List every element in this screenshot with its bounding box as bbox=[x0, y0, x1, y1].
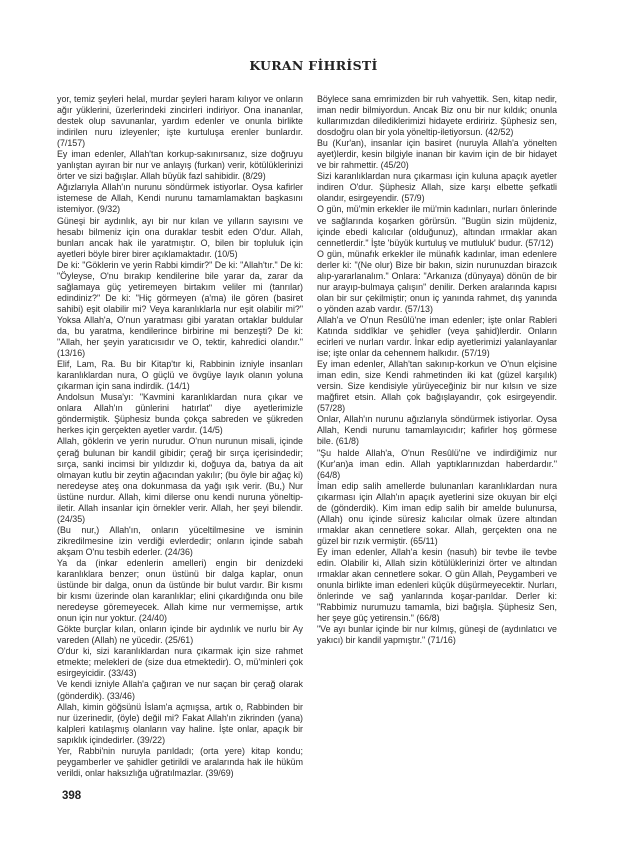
verse-entry: "Şu halde Allah'a, O'nun Resûlü'ne ve in… bbox=[317, 448, 557, 481]
verse-entry: Gökte burçlar kılan, onların içinde bir … bbox=[57, 624, 303, 646]
verse-entry: Allah'a ve O'nun Resûlü'ne iman edenler;… bbox=[317, 315, 557, 359]
verse-entry: Ya da (inkar edenlerin amelleri) engin b… bbox=[57, 558, 303, 624]
verse-entry: Ve kendi izniyle Allah'a çağıran ve nur … bbox=[57, 679, 303, 701]
page-title: KURAN FİHRİSTİ bbox=[0, 58, 627, 73]
left-column: yor, temiz şeyleri helal, murdar şeyleri… bbox=[57, 94, 303, 779]
right-column: Böylece sana emrimizden bir ruh vahyetti… bbox=[317, 94, 557, 646]
verse-entry: Elif, Lam, Ra. Bu bir Kitap'tır ki, Rabb… bbox=[57, 359, 303, 392]
verse-entry: Ağızlarıyla Allah'ın nurunu söndürmek is… bbox=[57, 182, 303, 215]
verse-entry: De ki: "Göklerin ve yerin Rabbi kimdir?"… bbox=[57, 260, 303, 359]
verse-entry: O'dur ki, sizi karanlıklardan nura çıkar… bbox=[57, 646, 303, 679]
verse-entry: Güneşi bir aydınlık, ayı bir nur kılan v… bbox=[57, 216, 303, 260]
verse-entry: Ey iman edenler, Allah'a kesin (nasuh) b… bbox=[317, 547, 557, 624]
verse-entry: O gün, mü'min erkekler ile mü'min kadınl… bbox=[317, 204, 557, 248]
verse-entry: Andolsun Musa'yı: "Kavmini karanlıklarda… bbox=[57, 392, 303, 436]
verse-entry: Allah, kimin göğsünü İslam'a açmışsa, ar… bbox=[57, 702, 303, 746]
document-page: KURAN FİHRİSTİ yor, temiz şeyleri helal,… bbox=[0, 0, 627, 854]
verse-entry: Onlar, Allah'ın nurunu ağızlarıyla söndü… bbox=[317, 414, 557, 447]
verse-entry: Yer, Rabbi'nin nuruyla parıldadı; (orta … bbox=[57, 746, 303, 779]
verse-entry: Bu (Kur'an), insanlar için basiret (nuru… bbox=[317, 138, 557, 171]
page-number: 398 bbox=[62, 790, 81, 802]
verse-entry: Ey iman edenler, Allah'tan korkup-sakını… bbox=[57, 149, 303, 182]
verse-entry: O gün, münafık erkekler ile münafık kadı… bbox=[317, 249, 557, 315]
verse-entry: İman edip salih amellerde bulunanları ka… bbox=[317, 481, 557, 547]
verse-entry: yor, temiz şeyleri helal, murdar şeyleri… bbox=[57, 94, 303, 149]
verse-entry: Ey iman edenler, Allah'tan sakınıp-korku… bbox=[317, 359, 557, 414]
verse-entry: "Ve ayı bunlar içinde bir nur kılmış, gü… bbox=[317, 624, 557, 646]
verse-entry: (Bu nur,) Allah'ın, onların yüceltilmesi… bbox=[57, 525, 303, 558]
verse-entry: Sizi karanlıklardan nura çıkarması için … bbox=[317, 171, 557, 204]
verse-entry: Böylece sana emrimizden bir ruh vahyetti… bbox=[317, 94, 557, 138]
verse-entry: Allah, göklerin ve yerin nurudur. O'nun … bbox=[57, 436, 303, 524]
